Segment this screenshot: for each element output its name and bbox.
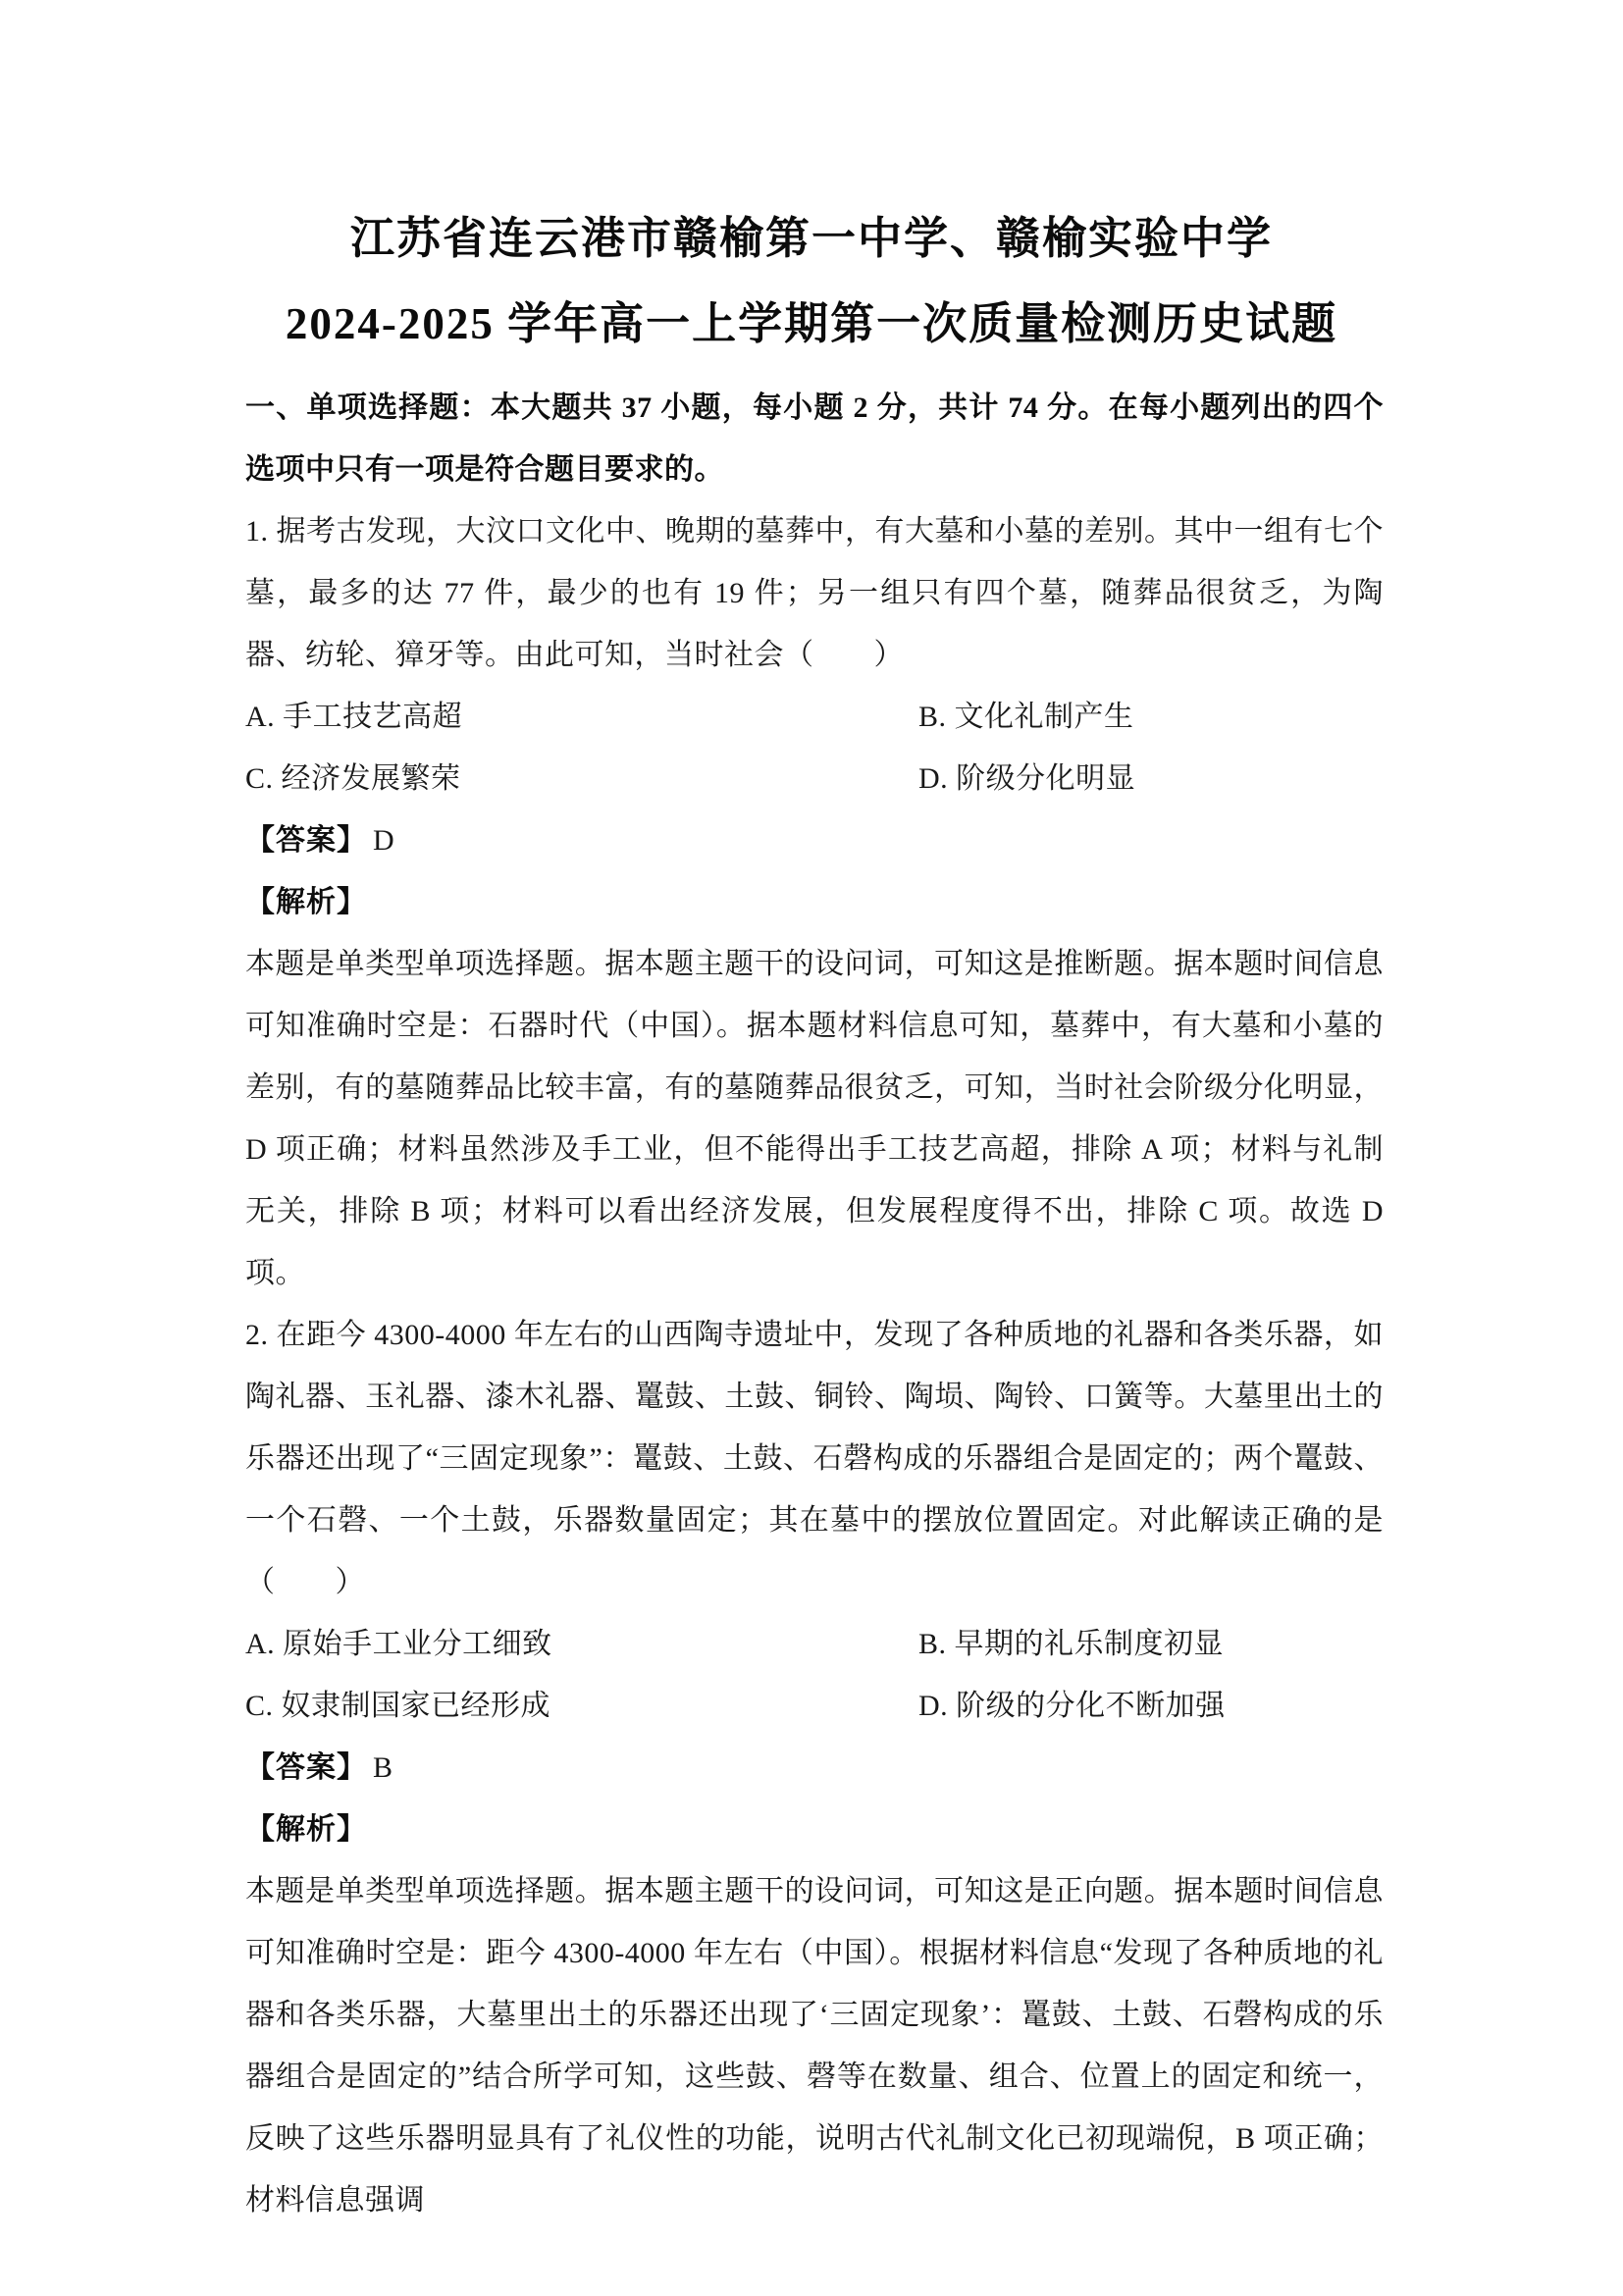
question-1-analysis: 本题是单类型单项选择题。据本题主题干的设问词，可知这是推断题。据本题时间信息可知… bbox=[245, 933, 1384, 1304]
question-1-option-a: A. 手工技艺高超 bbox=[245, 686, 918, 748]
question-1-options: A. 手工技艺高超 B. 文化礼制产生 C. 经济发展繁荣 D. 阶级分化明显 bbox=[245, 686, 1384, 809]
question-2-analysis-label-line: 【解析】 bbox=[245, 1799, 1384, 1860]
document-title-line1: 江苏省连云港市赣榆第一中学、赣榆实验中学 bbox=[0, 196, 1623, 282]
question-1: 1. 据考古发现，大汶口文化中、晚期的墓葬中，有大墓和小墓的差别。其中一组有七个… bbox=[245, 500, 1384, 1304]
question-1-answer-value: D bbox=[373, 824, 394, 857]
question-2-option-c: C. 奴隶制国家已经形成 bbox=[245, 1675, 918, 1737]
question-1-option-d: D. 阶级分化明显 bbox=[918, 748, 1384, 809]
question-2-answer-value: B bbox=[373, 1751, 393, 1784]
question-1-option-c: C. 经济发展繁荣 bbox=[245, 748, 918, 809]
document-title-line2: 2024-2025 学年高一上学期第一次质量检测历史试题 bbox=[0, 282, 1623, 367]
question-1-analysis-label-line: 【解析】 bbox=[245, 871, 1384, 933]
analysis-label: 【解析】 bbox=[245, 1813, 367, 1846]
question-2-option-a: A. 原始手工业分工细致 bbox=[245, 1613, 918, 1675]
question-2-analysis: 本题是单类型单项选择题。据本题主题干的设问词，可知这是正向题。据本题时间信息可知… bbox=[245, 1860, 1384, 2231]
exam-document-page: 江苏省连云港市赣榆第一中学、赣榆实验中学 2024-2025 学年高一上学期第一… bbox=[0, 0, 1623, 2296]
answer-label: 【答案】 bbox=[245, 1751, 367, 1784]
document-header: 江苏省连云港市赣榆第一中学、赣榆实验中学 2024-2025 学年高一上学期第一… bbox=[0, 0, 1623, 367]
question-2-option-d: D. 阶级的分化不断加强 bbox=[918, 1675, 1384, 1737]
question-1-stem: 1. 据考古发现，大汶口文化中、晚期的墓葬中，有大墓和小墓的差别。其中一组有七个… bbox=[245, 500, 1384, 686]
analysis-label: 【解析】 bbox=[245, 886, 367, 918]
question-1-answer-line: 【答案】D bbox=[245, 809, 1384, 871]
question-1-option-b: B. 文化礼制产生 bbox=[918, 686, 1384, 748]
question-2-stem: 2. 在距今 4300-4000 年左右的山西陶寺遗址中，发现了各种质地的礼器和… bbox=[245, 1304, 1384, 1613]
question-2-option-b: B. 早期的礼乐制度初显 bbox=[918, 1613, 1384, 1675]
document-body: 一、单项选择题：本大题共 37 小题，每小题 2 分，共计 74 分。在每小题列… bbox=[245, 377, 1384, 2231]
answer-label: 【答案】 bbox=[245, 824, 367, 857]
question-2-answer-line: 【答案】B bbox=[245, 1737, 1384, 1799]
question-2: 2. 在距今 4300-4000 年左右的山西陶寺遗址中，发现了各种质地的礼器和… bbox=[245, 1304, 1384, 2231]
section-heading: 一、单项选择题：本大题共 37 小题，每小题 2 分，共计 74 分。在每小题列… bbox=[245, 377, 1384, 500]
question-2-options: A. 原始手工业分工细致 B. 早期的礼乐制度初显 C. 奴隶制国家已经形成 D… bbox=[245, 1613, 1384, 1737]
